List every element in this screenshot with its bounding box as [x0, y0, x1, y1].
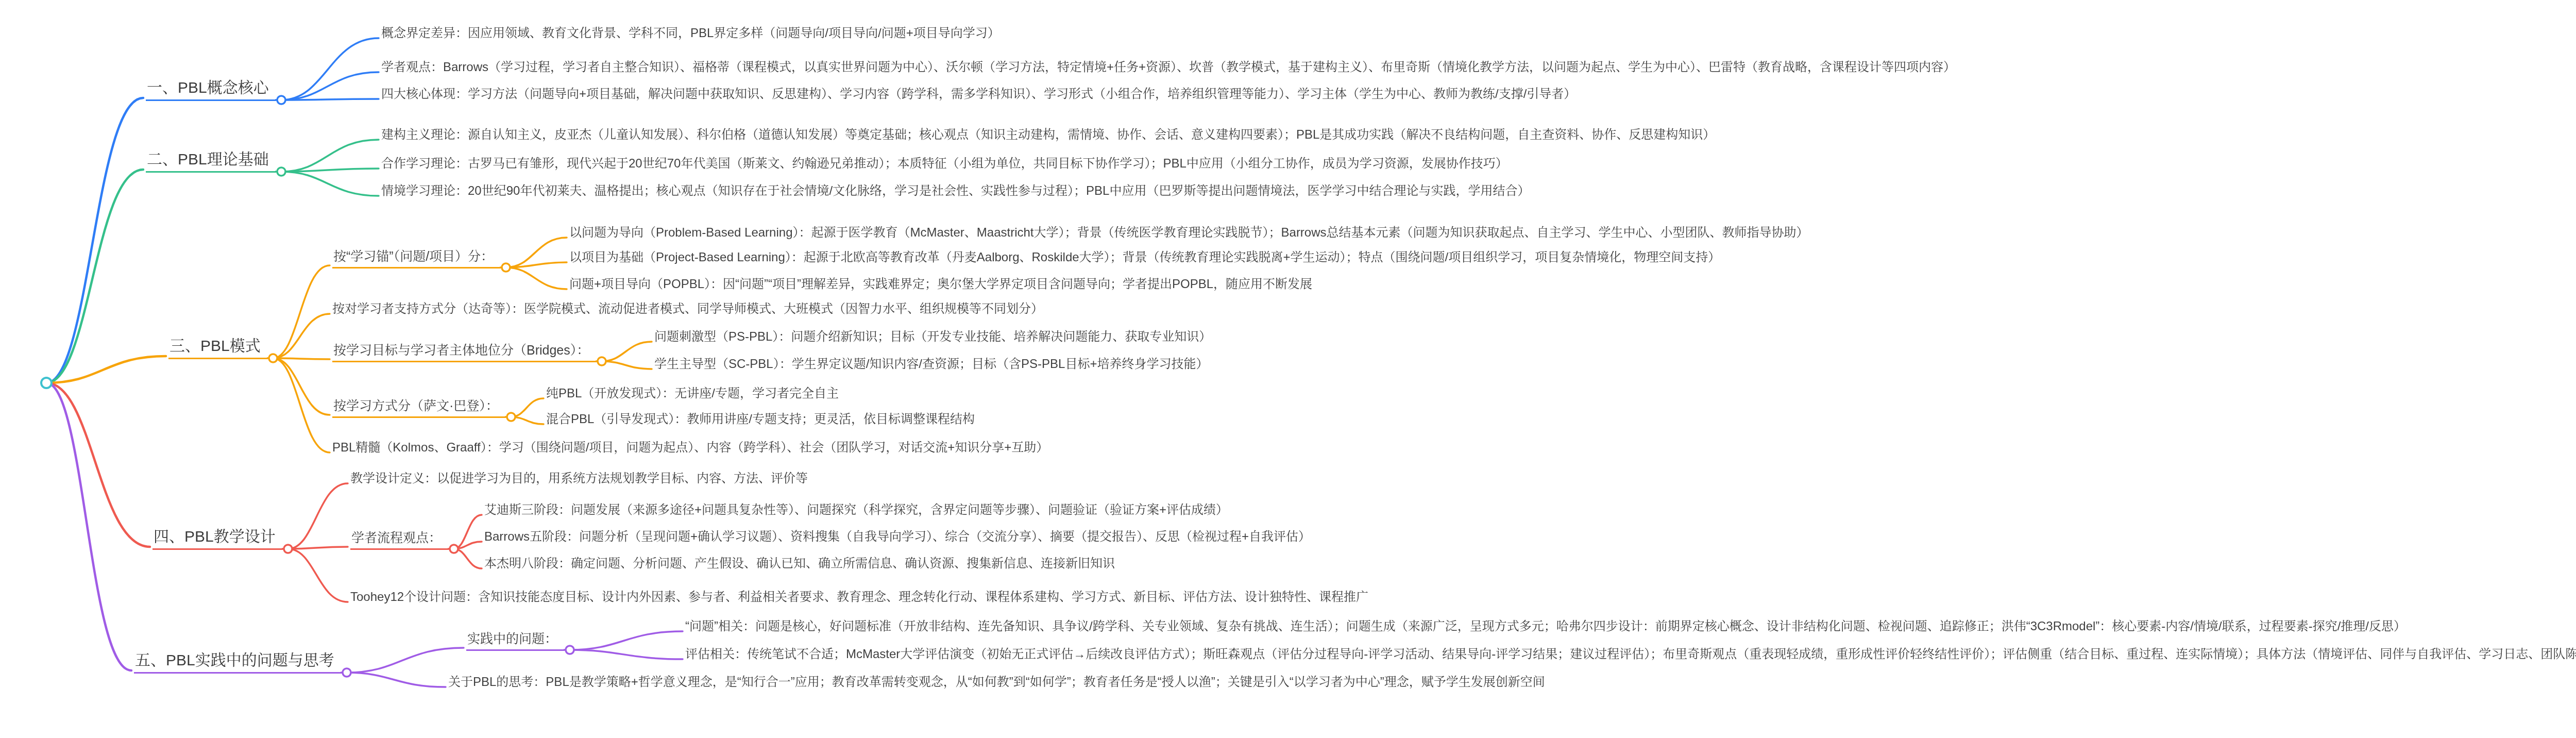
node-pure-pbl[interactable]: 纯PBL（开放发现式）：无讲座/专题，学习者完全自主 — [546, 386, 839, 401]
node-sc-pbl[interactable]: 学生主导型（SC-PBL）：学生界定议题/知识内容/查资源；目标（含PS-PBL… — [654, 357, 1208, 372]
node-scholar-views[interactable]: 学者观点：Barrows（学习过程，学习者自主整合知识）、福格蒂（课程模式，以真… — [381, 60, 1956, 75]
node-by-learner-support[interactable]: 按对学习者支持方式分（达奇等）：医学院模式、流动促进者模式、同学导师模式、大班模… — [332, 301, 1043, 317]
node-popbl[interactable]: 问题+项目导向（POPBL）：因“问题”“项目”理解差异，实践难界定；奥尔堡大学… — [569, 277, 1312, 292]
branch-4-instructional-design[interactable]: 四、PBL教学设计 — [152, 528, 283, 550]
branch-3-pbl-modes[interactable]: 三、PBL模式 — [168, 338, 268, 359]
node-benjamin-eight-stages[interactable]: 本杰明八阶段：确定问题、分析问题、产生假设、确认已知、确立所需信息、确认资源、搜… — [484, 556, 1115, 572]
node-by-learning-style[interactable]: 按学习方式分（萨文·巴登）： — [332, 398, 506, 418]
node-by-learning-anchor[interactable]: 按“学习锚”（问题/项目）分： — [332, 249, 501, 269]
branch-1-pbl-concept[interactable]: 一、PBL概念核心 — [146, 79, 276, 101]
node-addis-three-stages[interactable]: 艾迪斯三阶段：问题发展（来源多途径+问题具复杂性等）、问题探究（科学探究，含界定… — [484, 502, 1228, 518]
node-problem-related[interactable]: “问题”相关：问题是核心，好问题标准（开放非结构、连先备知识、具争议/跨学科、关… — [685, 619, 2406, 634]
mindmap-canvas: 一、PBL概念核心 概念界定差异：因应用领域、教育文化背景、学科不同，PBL界定… — [0, 0, 2576, 738]
node-project-based[interactable]: 以项目为基础（Project-Based Learning）：起源于北欧高等教育… — [569, 250, 1720, 265]
node-ps-pbl[interactable]: 问题刺激型（PS-PBL）：问题介绍新知识；目标（开发专业技能、培养解决问题能力… — [654, 329, 1211, 345]
node-problem-based[interactable]: 以问题为导向（Problem-Based Learning）：起源于医学教育（M… — [569, 225, 1809, 241]
node-pbl-essence[interactable]: PBL精髓（Kolmos、Graaff）：学习（围绕问题/项目，问题为起点）、内… — [332, 440, 1048, 456]
node-assessment-related[interactable]: 评估相关：传统笔试不合适；McMaster大学评估演变（初始无正式评估→后续改良… — [685, 647, 2576, 662]
node-four-cores[interactable]: 四大核心体现：学习方法（问题导向+项目基础，解决问题中获取知识、反思建构）、学习… — [381, 87, 1576, 102]
node-barrows-five-stages[interactable]: Barrows五阶段：问题分析（呈现问题+确认学习议题）、资料搜集（自我导向学习… — [484, 529, 1311, 545]
node-by-goal-bridges[interactable]: 按学习目标与学习者主体地位分（Bridges）： — [332, 343, 597, 362]
node-situated-learning[interactable]: 情境学习理论：20世纪90年代初莱夫、温格提出；核心观点（知识存在于社会情境/文… — [381, 183, 1530, 199]
branch-2-theory-basis[interactable]: 二、PBL理论基础 — [146, 151, 276, 173]
node-pbl-reflections[interactable]: 关于PBL的思考：PBL是教学策略+哲学意义理念，是“知行合一”应用；教育改革需… — [448, 675, 1545, 690]
root-node[interactable] — [40, 377, 53, 389]
node-concept-differences[interactable]: 概念界定差异：因应用领域、教育文化背景、学科不同，PBL界定多样（问题导向/项目… — [381, 26, 1000, 41]
node-toohey-12-questions[interactable]: Toohey12个设计问题：含知识技能态度目标、设计内外因素、参与者、利益相关者… — [350, 590, 1368, 605]
node-design-definition[interactable]: 教学设计定义：以促进学习为目的，用系统方法规划教学目标、内容、方法、评价等 — [350, 471, 808, 487]
node-constructivism[interactable]: 建构主义理论：源自认知主义，皮亚杰（儿童认知发展）、科尔伯格（道德认知发展）等奠… — [381, 127, 1715, 143]
node-hybrid-pbl[interactable]: 混合PBL（引导发现式）：教师用讲座/专题支持；更灵活，依目标调整课程结构 — [546, 412, 975, 427]
node-practice-problems[interactable]: 实践中的问题： — [466, 631, 565, 651]
branch-5-practice-issues[interactable]: 五、PBL实践中的问题与思考 — [134, 652, 342, 674]
node-cooperative-learning[interactable]: 合作学习理论：古罗马已有雏形，现代兴起于20世纪70年代美国（斯莱文、约翰逊兄弟… — [381, 156, 1508, 172]
node-process-views[interactable]: 学者流程观点： — [350, 530, 449, 550]
